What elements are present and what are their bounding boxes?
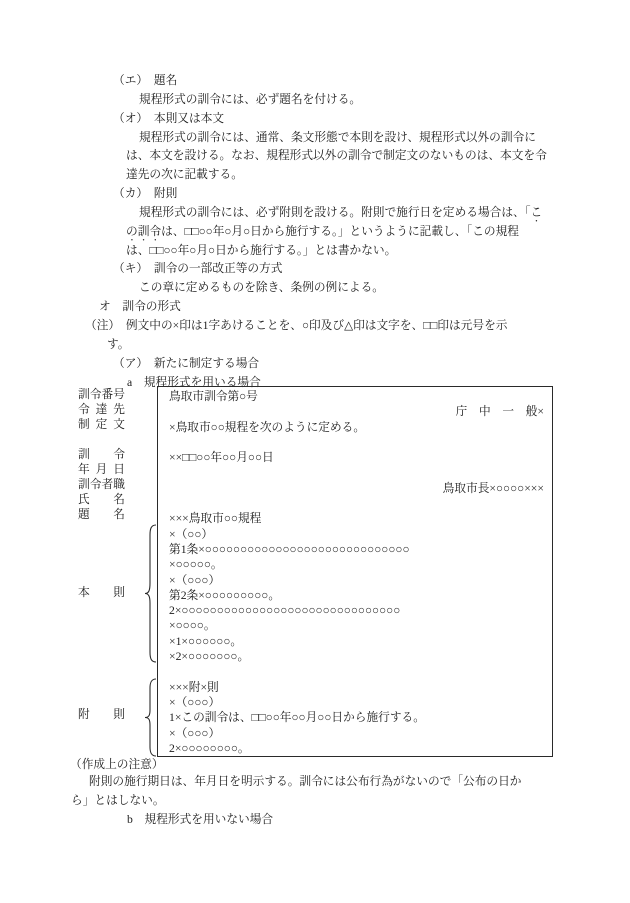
item-ka-body-line1: 規程形式の訓令には、必ず附則を設ける。附則で施行日を定める場合は、「こ	[0, 204, 630, 223]
form-line-item2: ×2×○○○○○○○。	[169, 649, 544, 664]
form-line-article1: 第1条×○○○○○○○○○○○○○○○○○○○○○○○○○○○○○	[169, 542, 544, 557]
form-label-shimei: 氏名	[78, 493, 125, 506]
form-line-mayor-signature: 鳥取市長×○○○○×××	[169, 481, 544, 496]
text-run: 規程形式の訓令には、必ず附則を設ける。附則で施行日を定める場合は、「	[139, 206, 531, 219]
item-ki-heading: （キ） 訓令の一部改正等の方式	[0, 260, 630, 279]
form-label-reitatsusaki: 令達先	[78, 403, 125, 416]
form-line-section-label: ×（○○）	[169, 527, 544, 542]
form-line-fusoku-item1: 1×この訓令は、□□○○年○○月○○日から施行する。	[169, 710, 544, 725]
item-ka-body-line2: の訓令は、□□○○年○月○日から施行する。」というように記載し、「この規程	[0, 223, 630, 242]
creation-note-body-line1: 附則の施行期日は、年月日を明示する。訓令には公布行為がないので「公布の日か	[89, 773, 521, 792]
form-label-kunreisha-shoku: 訓令者職	[78, 478, 125, 491]
form-label-kunrei-bango: 訓令番号	[78, 388, 125, 401]
item-a-kana-heading: （ア） 新たに制定する場合	[0, 355, 630, 374]
note-line2: す。	[0, 336, 630, 355]
item-o-body-line1: 規程形式の訓令には、通常、条文形態で本則を設け、規程形式以外の訓令に	[0, 129, 630, 148]
blank-line	[169, 496, 544, 511]
form-line-article1-cont: ×○○○○○。	[169, 557, 544, 572]
form-line-fusoku-item2: 2×○○○○○○○○。	[169, 741, 544, 756]
item-e-heading: （エ） 題名	[0, 72, 630, 91]
item-o-body-line2: は、本文を設ける。なお、規程形式以外の訓令で制定文のないものは、本文を令	[0, 147, 630, 166]
item-o-heading: （オ） 本則又は本文	[0, 110, 630, 129]
form-line-seiteibun: ×鳥取市○○規程を次のように定める。	[169, 420, 544, 435]
form-line-fusoku-label1: ×（○○○）	[169, 695, 544, 710]
form-line-article2-para2: 2×○○○○○○○○○○○○○○○○○○○○○○○○○○○○○○○	[169, 603, 544, 618]
form-line-fusoku-heading: ×××附×則	[169, 680, 544, 695]
blank-line	[169, 435, 544, 450]
form-line-kunrei-number: 鳥取市訓令第○号	[169, 389, 544, 404]
blank-line	[169, 465, 544, 480]
upper-text-block: （エ） 題名 規程形式の訓令には、必ず題名を付ける。 （オ） 本則又は本文 規程…	[0, 72, 630, 392]
form-line-fusoku-label2: ×（○○○）	[169, 726, 544, 741]
item-b-heading: b 規程形式を用いない場合	[127, 811, 273, 830]
item-ki-body: この章に定めるものを除き、条例の例による。	[0, 279, 630, 298]
emphasized-text: こ	[531, 206, 543, 219]
honsoku-brace-icon	[144, 524, 157, 663]
form-label-nengappi: 年月日	[78, 463, 125, 476]
form-label-kunrei: 訓令	[78, 448, 125, 461]
form-line-title: ×××鳥取市○○規程	[169, 511, 544, 526]
form-label-seiteibun: 制定文	[78, 418, 125, 431]
form-label-honsoku: 本則	[78, 586, 125, 599]
form-line-section-label: ×（○○○）	[169, 573, 544, 588]
form-line-date: ××□□○○年○○月○○日	[169, 450, 544, 465]
form-line-article2: 第2条×○○○○○○○○○。	[169, 588, 544, 603]
text-run: は、□□○○年○月○日から施行する。」というように記載し、「この規程	[161, 225, 519, 238]
form-label-fusoku: 附則	[78, 708, 125, 721]
note-line1: （注） 例文中の×印は1字あけることを、○印及び△印は文字を、□□印は元号を示	[0, 317, 630, 336]
form-box: 鳥取市訓令第○号 庁 中 一 般× ×鳥取市○○規程を次のように定める。 ××□…	[157, 386, 553, 757]
item-e-body: 規程形式の訓令には、必ず題名を付ける。	[0, 91, 630, 110]
item-ka-heading: （カ） 附則	[0, 185, 630, 204]
page: { "upper": [ "（エ） 題名", "規程形式の訓令には、必ず題名を付…	[0, 0, 630, 903]
fusoku-brace-icon	[144, 678, 157, 757]
item-ka-body-line3: は、□□○○年○月○日から施行する。」とは書かない。	[0, 242, 630, 261]
form-line-reitatsusaki: 庁 中 一 般×	[169, 404, 544, 419]
form-line-article2-para2-cont: ×○○○○。	[169, 618, 544, 633]
form-label-daimei: 題名	[78, 508, 125, 521]
form-line-item1: ×1×○○○○○○。	[169, 634, 544, 649]
blank-line	[169, 664, 544, 679]
emphasized-text: の訓令	[126, 225, 161, 238]
form-box-content: 鳥取市訓令第○号 庁 中 一 般× ×鳥取市○○規程を次のように定める。 ××□…	[158, 389, 552, 756]
creation-note-body-line2: ら」とはしない。	[71, 792, 165, 811]
item-o-body-line3: 達先の次に記載する。	[0, 166, 630, 185]
item-o2-heading: オ 訓令の形式	[0, 298, 630, 317]
